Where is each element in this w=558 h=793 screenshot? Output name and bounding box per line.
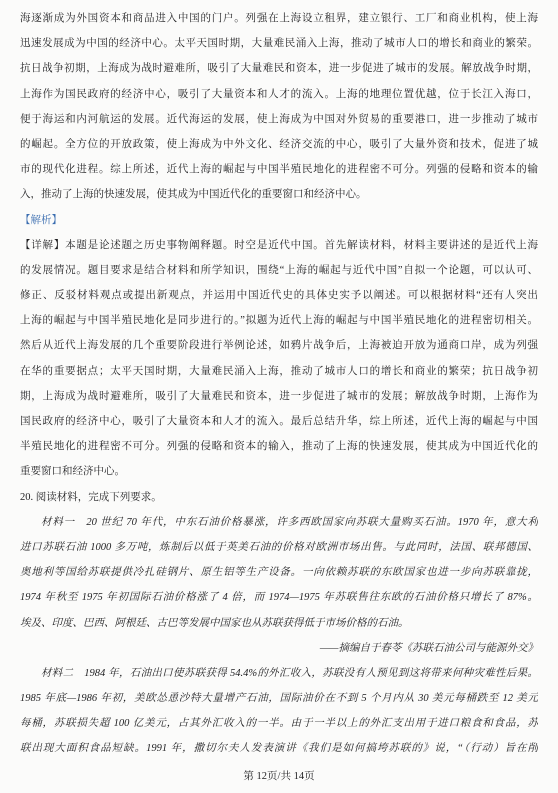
answer-text-line: 便于海运和内河航运的发展。近代海运的发展，使上海成为中国对外贸易的重要港口，进一… bbox=[20, 107, 538, 132]
material-2-line: 1985 年底—1986 年初，美欧怂恿沙特大量增产石油，国际油价在不到 5 个… bbox=[20, 686, 538, 711]
explanation-text-line: 国民政府的经济中心，吸引了大量资本和人才的流入。最后总结升华，综上所述，近代上海… bbox=[20, 409, 538, 434]
explanation-text-line: 重要窗口和经济中心。 bbox=[20, 459, 538, 484]
answer-text-line: 抗日战争初期，上海成为战时避难所，吸引了大量难民和资本，进一步促进了城市的发展。… bbox=[20, 56, 538, 81]
material-1-line: 奥地利等国给苏联提供冷扎硅钢片、原生铝等生产设备。一向依赖苏联的东欧国家也进一步… bbox=[20, 560, 538, 585]
page-number: 第 12页/共 14页 bbox=[243, 771, 314, 782]
answer-text-line: 上海作为国民政府的经济中心，吸引了大量资本和人才的流入。上海的地理位置优越，位于… bbox=[20, 82, 538, 107]
answer-text-line: 入，推动了上海的快速发展，使其成为中国近代化的重要窗口和经济中心。 bbox=[20, 182, 538, 207]
answer-text-line: 迅速发展成为中国的经济中心。太平天国时期，大量难民涌入上海，推动了城市人口的增长… bbox=[20, 31, 538, 56]
answer-text-line: 海逐渐成为外国资本和商品进入中国的门户。列强在上海设立租界，建立银行、工厂和商业… bbox=[20, 6, 538, 31]
material-2-line: 材料二 1984 年，石油出口使苏联获得 54.4%的外汇收入，苏联没有人预见到… bbox=[20, 661, 538, 686]
material-1-line: 埃及、印度、巴西、阿根廷、古巴等发展中国家也从苏联获得低于市场价格的石油。 bbox=[20, 611, 538, 636]
answer-text-line: 市的现代化进程。综上所述，近代上海的崛起与中国半殖民地化的进程密不可分。列强的侵… bbox=[20, 157, 538, 182]
question-20-line: 20. 阅读材料，完成下列要求。 bbox=[20, 485, 538, 510]
page-content: 海逐渐成为外国资本和商品进入中国的门户。列强在上海设立租界，建立银行、工厂和商业… bbox=[20, 6, 538, 762]
explanation-text-line: 期，上海成为战时避难所，吸引了大量难民和资本，进一步促进了城市的发展；解放战争时… bbox=[20, 384, 538, 409]
explanation-text-line: 修正、反驳材料观点或提出新观点，并运用中国近代史的具体史实予以阐述。可以根据材料… bbox=[20, 283, 538, 308]
material-1-line: 1974 年秋至 1975 年初国际石油价格涨了 4 倍，而 1974—1975… bbox=[20, 585, 538, 610]
material-1-source-line: ——摘编自于春苓《苏联石油公司与能源外交》 bbox=[20, 636, 538, 661]
explanation-text-line: 半殖民地化的进程密不可分。列强的侵略和资本的输入，推动了上海的快速发展，使其成为… bbox=[20, 434, 538, 459]
page-footer: 第 12页/共 14页 bbox=[20, 764, 538, 789]
document-page: 海逐渐成为外国资本和商品进入中国的门户。列强在上海设立租界，建立银行、工厂和商业… bbox=[0, 0, 558, 793]
explanation-text-line: 上海的崛起与中国半殖民地化是同步进行的。”拟题为近代上海的崛起与中国半殖民地化的… bbox=[20, 308, 538, 333]
explanation-text-line: 然后从近代上海发展的几个重要阶段进行举例论述，如鸦片战争后，上海被迫开放为通商口… bbox=[20, 333, 538, 358]
explanation-text-line: 【详解】本题是论述题之历史事物阐释题。时空是近代中国。首先解读材料，材料主要讲述… bbox=[20, 233, 538, 258]
explanation-text-line: 在华的重要据点；太平天国时期，大量难民涌入上海，推动了城市人口的增长和商业的繁荣… bbox=[20, 359, 538, 384]
material-1-line: 进口苏联石油 1000 多万吨，炼制后以低于英美石油的价格对欧洲市场出售。与此同… bbox=[20, 535, 538, 560]
answer-text-line: 的崛起。全方位的开放政策，使上海成为中外文化、经济交流的中心，吸引了大量外资和技… bbox=[20, 132, 538, 157]
material-2-line: 联出现大面积食品短缺。1991 年，撒切尔夫人发表演讲《我们是如何搞垮苏联的》说… bbox=[20, 736, 538, 761]
material-1-line: 材料一 20 世纪 70 年代，中东石油价格暴涨，许多西欧国家向苏联大量购买石油… bbox=[20, 510, 538, 535]
explanation-text-line: 的发展情况。题目要求是结合材料和所学知识，围绕“上海的崛起与近代中国”自拟一个论… bbox=[20, 258, 538, 283]
analysis-label-line: 【解析】 bbox=[20, 208, 538, 233]
material-2-line: 每桶，苏联损失超 100 亿美元，占其外汇收入的一半。由于一半以上的外汇支出用于… bbox=[20, 711, 538, 736]
